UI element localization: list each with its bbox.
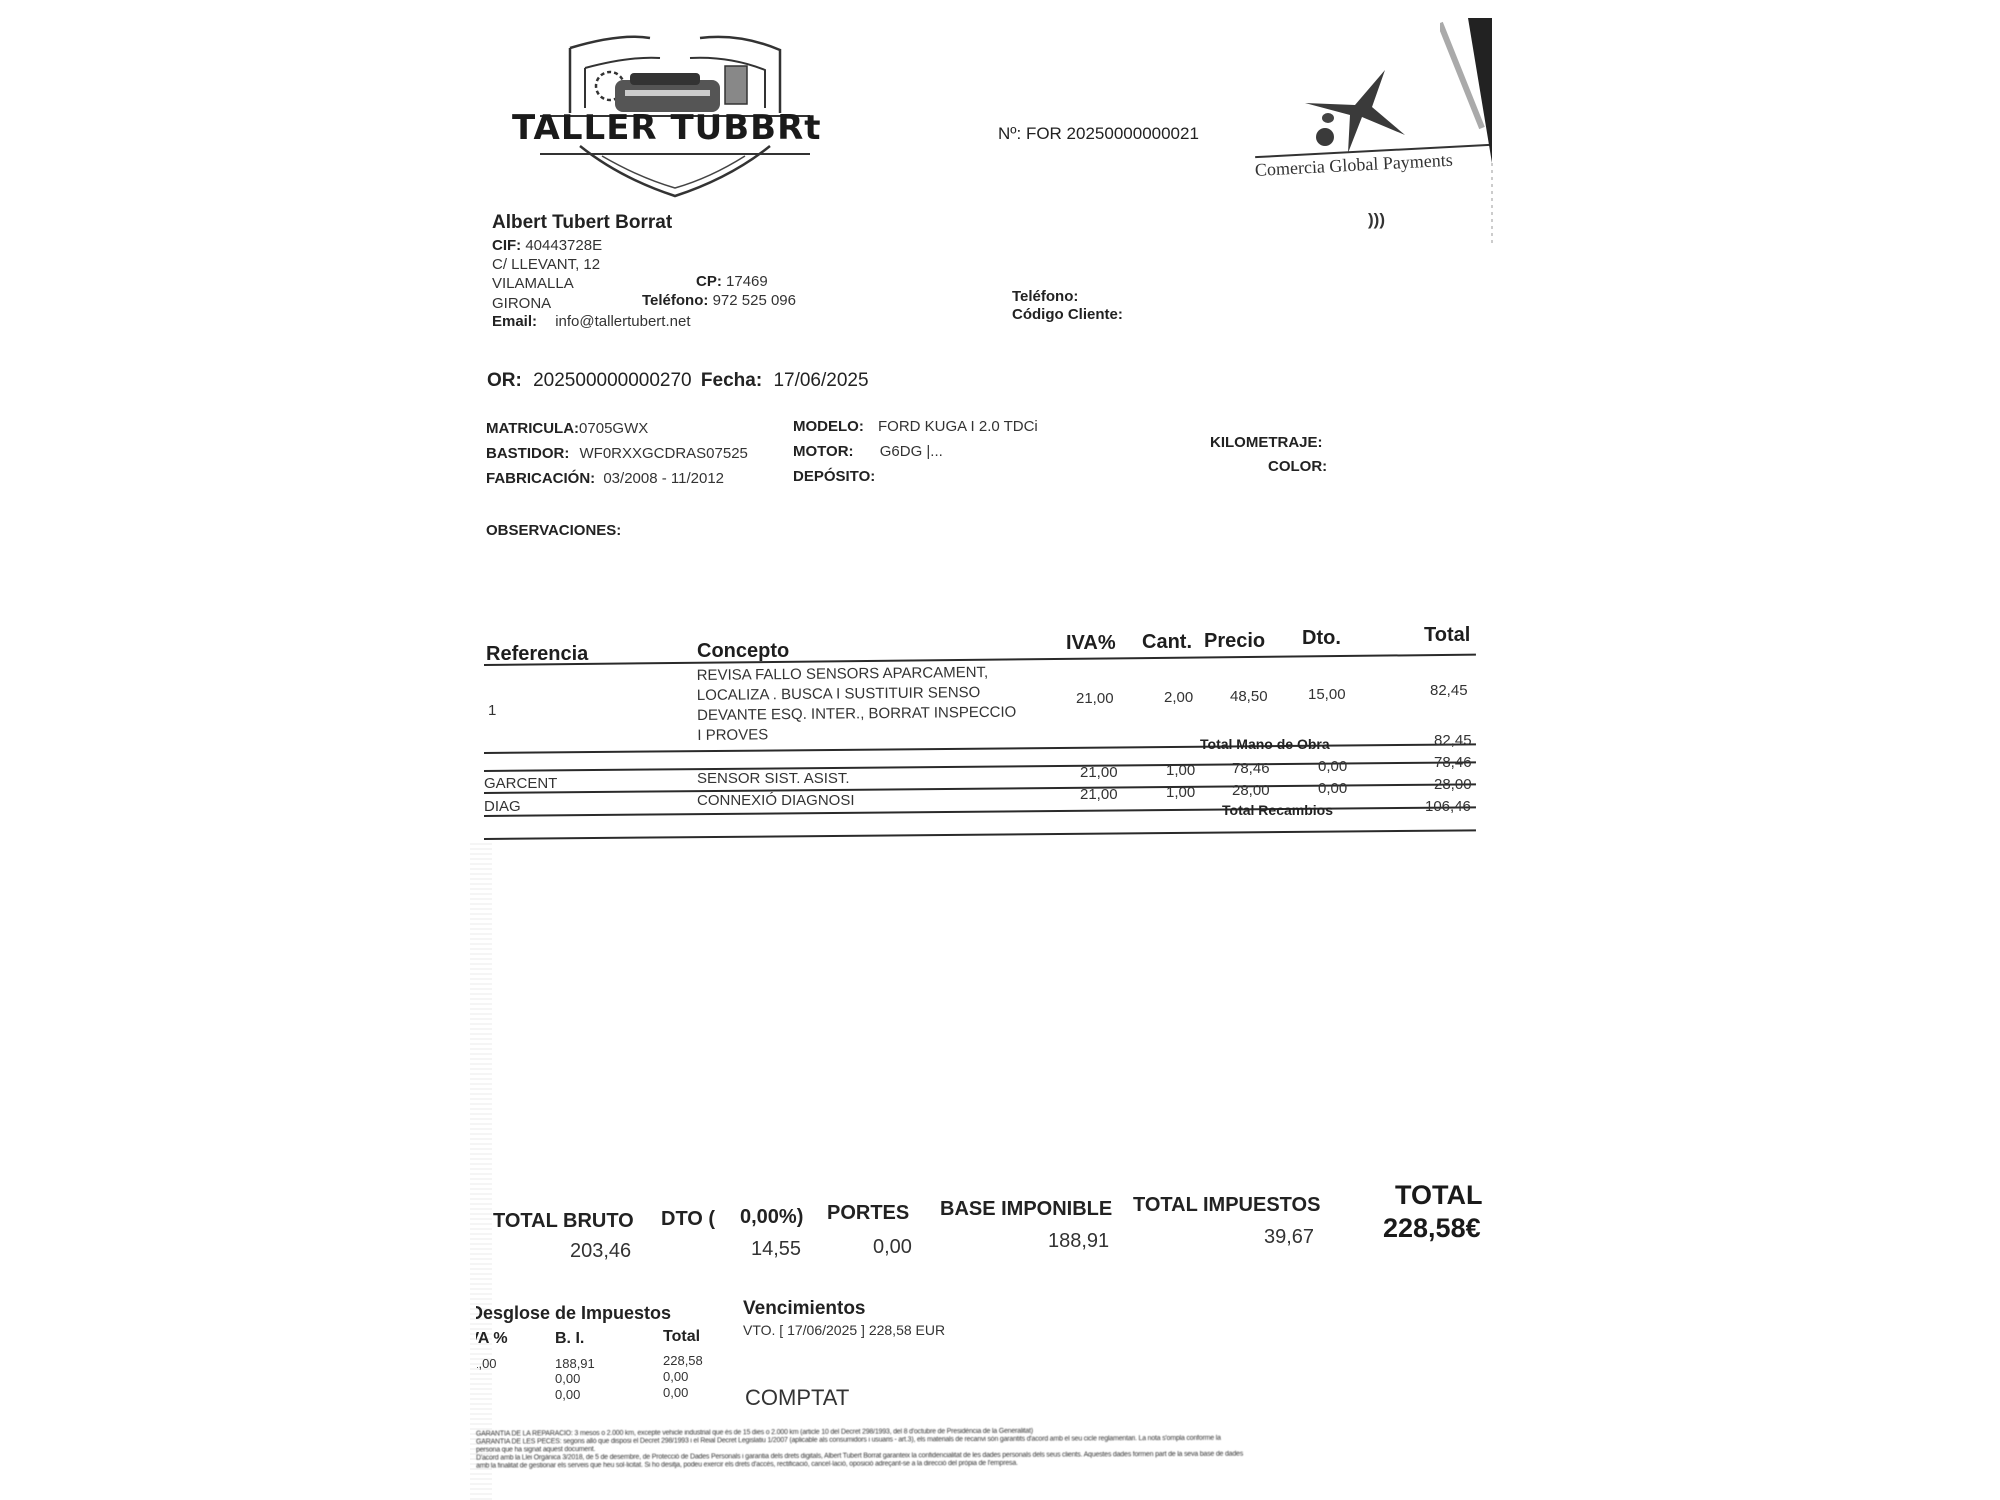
cif-label: CIF: [492,237,521,254]
company-phone: Teléfono: 972 525 096 [642,292,796,309]
base-imponible-label: BASE IMPONIBLE [940,1198,1112,1221]
labour-total: 82,45 [1430,682,1468,699]
due-line: VTO. [ 17/06/2025 ] 228,58 EUR [743,1322,945,1338]
col-header-dto: Dto. [1302,627,1341,650]
labour-total-label: Total Mano de Obra [1200,736,1330,752]
motor-value: G6DG |... [880,443,943,460]
part-price: 28,00 [1232,782,1270,799]
part-ref: GARCENT [484,775,557,792]
scan-noise [470,840,492,1500]
company-town: VILAMALLA [492,275,574,292]
legal-text: GARANTIA DE LA REPARACIÓ: 3 mesos o 2.00… [476,1425,1496,1470]
order-line: OR: 202500000000270 Fecha: 17/06/2025 [487,370,869,392]
labour-ref: 1 [488,702,496,719]
caixa-star-icon [1300,65,1410,155]
cp-label: CP: [696,273,722,290]
col-header-concepto: Concepto [697,640,789,663]
email-label: Email: [492,313,537,330]
kilometraje-label: KILOMETRAJE: [1210,434,1323,451]
company-address: C/ LLEVANT, 12 [492,256,600,273]
labour-total-value: 82,45 [1434,732,1472,749]
labour-price: 48,50 [1230,688,1268,705]
tax-row-bi: 0,00 [555,1387,580,1402]
col-header-cant: Cant. [1142,631,1192,654]
tax-row-iva: 21,00 [464,1356,497,1371]
deposito-label: DEPÓSITO: [793,468,875,485]
vehicle-modelo: MODELO: FORD KUGA I 2.0 TDCi [793,418,1038,435]
modelo-value: FORD KUGA I 2.0 TDCi [878,418,1038,435]
vehicle-matricula: MATRICULA:0705GWX [486,420,648,437]
tax-col-bi: B. I. [555,1330,584,1348]
grand-total-label: TOTAL [1395,1180,1483,1211]
dto-label: DTO ( [661,1208,715,1231]
company-cif: CIF: 40443728E [492,237,602,254]
portes-label: PORTES [827,1202,909,1225]
total-impuestos-label: TOTAL IMPUESTOS [1133,1194,1320,1217]
tax-row-total: 228,58 [663,1353,703,1368]
vehicle-fabricacion: FABRICACIÓN: 03/2008 - 11/2012 [486,470,724,487]
tax-col-total: Total [663,1328,700,1346]
company-email: Email: info@tallertubert.net [492,313,691,330]
part-dto: 0,00 [1318,758,1347,775]
part-concept: SENSOR SIST. ASIST. [697,770,850,787]
labour-iva: 21,00 [1076,690,1114,707]
contactless-icon: ))) [1368,210,1385,230]
invoice-number: Nº: FOR 20250000000021 [998,124,1199,144]
cp-value: 17469 [726,273,768,290]
tax-row-bi: 0,00 [555,1371,580,1386]
parts-total-label: Total Recambios [1222,802,1333,818]
phone-value: 972 525 096 [713,292,796,309]
tax-breakdown-title: Desglose de Impuestos [470,1303,671,1324]
matricula-value: 0705GWX [579,420,648,437]
color-label: COLOR: [1268,458,1327,475]
fabricacion-label: FABRICACIÓN: [486,470,595,487]
portes-value: 0,00 [873,1236,912,1259]
email-value: info@tallertubert.net [555,313,690,330]
motor-label: MOTOR: [793,443,854,460]
labour-qty: 2,00 [1164,689,1193,706]
col-header-total: Total [1424,624,1470,647]
vehicle-bastidor: BASTIDOR: WF0RXXGCDRAS07525 [486,445,748,462]
fabricacion-value: 03/2008 - 11/2012 [603,470,724,487]
matricula-label: MATRICULA: [486,420,579,437]
modelo-label: MODELO: [793,418,864,435]
part-iva: 21,00 [1080,786,1118,803]
part-concept: CONNEXIÓ DIAGNOSI [697,792,855,809]
part-dto: 0,00 [1318,780,1347,797]
date-label: Fecha: [701,370,762,391]
col-header-precio: Precio [1204,630,1265,653]
total-impuestos-value: 39,67 [1264,1226,1314,1249]
part-price: 78,46 [1232,760,1270,777]
vehicle-motor: MOTOR: G6DG |... [793,443,943,460]
total-bruto-label: TOTAL BRUTO [493,1210,634,1233]
total-bruto-value: 203,46 [570,1240,631,1263]
tax-row-bi: 188,91 [555,1356,595,1371]
observaciones-label: OBSERVACIONES: [486,522,621,539]
col-header-iva: IVA% [1066,632,1116,655]
parts-total-value: 106,46 [1425,798,1471,815]
company-cp: CP: 17469 [696,273,768,290]
tax-row-total: 0,00 [663,1369,688,1384]
labour-dto: 15,00 [1308,686,1346,703]
paper-fold-shadow [1440,18,1515,248]
part-qty: 1,00 [1166,784,1195,801]
invoice-number-value: FOR 20250000000021 [1026,124,1199,143]
or-number: 202500000000270 [533,370,692,391]
cif-value: 40443728E [525,237,602,254]
client-code-label: Código Cliente: [1012,306,1123,323]
company-name: Albert Tubert Borrat [492,212,672,234]
invoice-number-label: Nº: [998,124,1021,143]
part-iva: 21,00 [1080,764,1118,781]
bastidor-label: BASTIDOR: [486,445,569,462]
or-label: OR: [487,370,522,391]
invoice-page [470,18,1510,1500]
labour-concept-line: I PROVES [697,723,1016,746]
part-ref: DIAG [484,798,521,815]
grand-total-value: 228,58€ [1383,1213,1481,1244]
base-imponible-value: 188,91 [1048,1230,1109,1253]
part-qty: 1,00 [1166,762,1195,779]
logo-wordmark: TALLER TUBBRt [512,108,822,148]
labour-concept-line: DEVANTE ESQ. INTER., BORRAT INSPECCIO [697,703,1016,726]
dto-pct: 0,00%) [740,1206,803,1229]
client-phone-label: Teléfono: [1012,288,1078,305]
date-value: 17/06/2025 [773,370,868,391]
labour-concept: REVISA FALLO SENSORS APARCAMENT, LOCALIZ… [697,663,1017,746]
phone-label: Teléfono: [642,292,708,309]
part-total: 78,46 [1434,754,1472,771]
tax-row-total: 0,00 [663,1385,688,1400]
company-province: GIRONA [492,295,551,312]
payment-method: COMPTAT [745,1385,849,1411]
bastidor-value: WF0RXXGCDRAS07525 [580,445,748,462]
due-title: Vencimientos [743,1298,866,1320]
dto-value: 14,55 [751,1238,801,1261]
part-total: 28,00 [1434,776,1472,793]
